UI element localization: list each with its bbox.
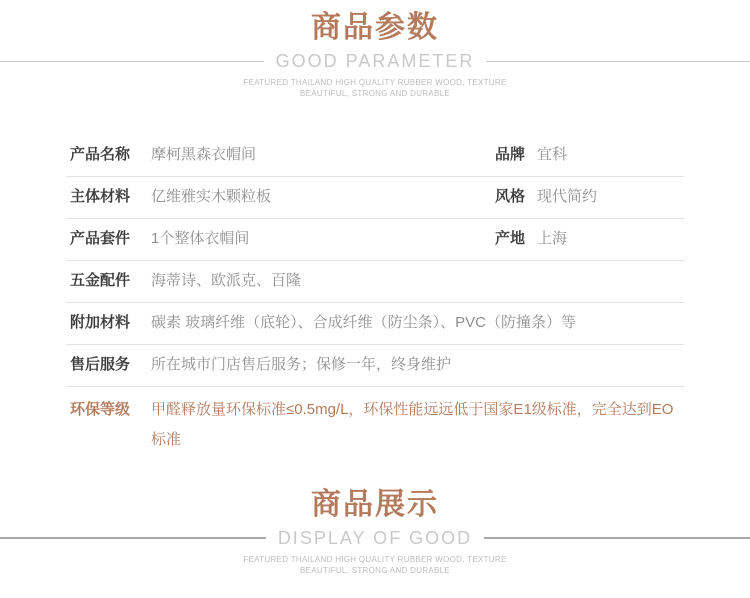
table-row-product-set: 产品套件 1个整体衣帽间 产地 上海 [66, 219, 684, 261]
table-row-after-sales: 售后服务 所在城市门店售后服务；保修一年，终身维护 [66, 345, 684, 387]
table-row-additional-material: 附加材料 碳素 玻璃纤维（底轮）、合成纤维（防尘条）、PVC（防撞条）等 [66, 303, 684, 345]
parameter-table: 产品名称 摩柯黑森衣帽间 品牌 宜科 主体材料 亿维雅实木颗粒板 风格 现代简约… [66, 135, 684, 463]
table-row-hardware: 五金配件 海蒂诗、欧派克、百隆 [66, 261, 684, 303]
param-label: 品牌 [495, 147, 537, 163]
param-value: 亿维雅实木颗粒板 [151, 189, 495, 205]
page-title-display: 商品展示 [0, 489, 750, 521]
tagline-display: FEATURED THAILAND HIGH QUALITY RUBBER WO… [0, 554, 750, 576]
subtitle-text-parameters: GOOD PARAMETER [276, 51, 475, 71]
section-header-display: 商品展示 DISPLAY OF GOOD FEATURED THAILAND H… [0, 489, 750, 576]
divider-line-left [0, 537, 266, 539]
param-right-group: 产地 上海 [495, 231, 684, 247]
param-value: 海蒂诗、欧派克、百隆 [151, 273, 684, 289]
product-detail-page: 商品参数 GOOD PARAMETER FEATURED THAILAND HI… [0, 0, 750, 598]
tagline-line1: FEATURED THAILAND HIGH QUALITY RUBBER WO… [0, 77, 750, 88]
divider-line-right [486, 61, 750, 62]
divider-line-left [0, 61, 264, 62]
param-label: 风格 [495, 189, 537, 205]
param-value: 碳素 玻璃纤维（底轮）、合成纤维（防尘条）、PVC（防撞条）等 [151, 315, 684, 331]
param-right-group: 风格 现代简约 [495, 189, 684, 205]
param-value: 1个整体衣帽间 [151, 231, 495, 247]
param-value: 所在城市门店售后服务；保修一年，终身维护 [151, 357, 684, 373]
tagline-line1: FEATURED THAILAND HIGH QUALITY RUBBER WO… [0, 554, 750, 565]
tagline-parameters: FEATURED THAILAND HIGH QUALITY RUBBER WO… [0, 77, 750, 99]
param-value: 甲醛释放量环保标准≤0.5mg/L，环保性能远远低于国家E1级标准，完全达到EO… [151, 395, 684, 455]
param-label: 附加材料 [66, 315, 151, 331]
tagline-line2: BEAUTIFUL, STRONG AND DURABLE [0, 88, 750, 99]
param-value: 摩柯黑森衣帽间 [151, 147, 495, 163]
param-label: 主体材料 [66, 189, 151, 205]
table-row-product-name: 产品名称 摩柯黑森衣帽间 品牌 宜科 [66, 135, 684, 177]
page-title-parameters: 商品参数 [0, 12, 750, 44]
table-row-eco-grade: 环保等级 甲醛释放量环保标准≤0.5mg/L，环保性能远远低于国家E1级标准，完… [66, 387, 684, 463]
param-value: 现代简约 [537, 189, 684, 205]
param-right-group: 品牌 宜科 [495, 147, 684, 163]
param-label: 环保等级 [66, 395, 151, 425]
param-value: 上海 [537, 231, 684, 247]
param-value: 宜科 [537, 147, 684, 163]
param-label: 五金配件 [66, 273, 151, 289]
tagline-line2: BEAUTIFUL, STRONG AND DURABLE [0, 565, 750, 576]
subtitle-text-display: DISPLAY OF GOOD [278, 528, 472, 548]
subtitle-row-display: DISPLAY OF GOOD [0, 528, 750, 548]
section-header-parameters: 商品参数 GOOD PARAMETER FEATURED THAILAND HI… [0, 0, 750, 99]
table-row-main-material: 主体材料 亿维雅实木颗粒板 风格 现代简约 [66, 177, 684, 219]
param-label: 产品套件 [66, 231, 151, 247]
param-label: 产品名称 [66, 147, 151, 163]
param-label: 产地 [495, 231, 537, 247]
param-label: 售后服务 [66, 357, 151, 373]
subtitle-row-parameters: GOOD PARAMETER [0, 51, 750, 71]
divider-line-right [484, 537, 750, 539]
